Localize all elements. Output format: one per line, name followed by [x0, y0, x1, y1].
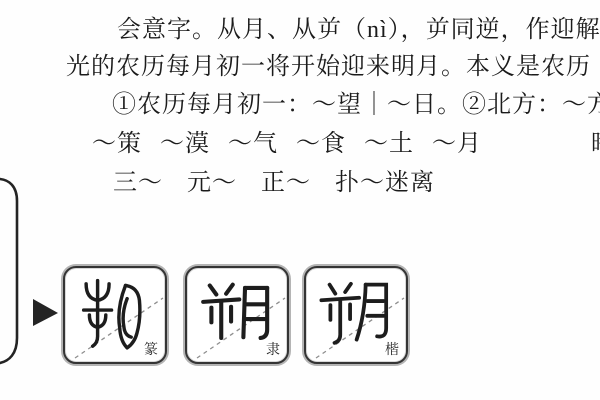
script-label-clerical: 隶 [266, 339, 280, 359]
script-box-clerical: 隶 [185, 266, 289, 364]
collocations-prefix-row: ～策 ～漠 ～气 ～食 ～土 ～月 [92, 128, 482, 160]
collocation-word: ～策 [92, 128, 142, 160]
collocation-word: 元～ [187, 167, 237, 199]
seal-script-glyph-shuo [73, 272, 155, 358]
script-label-regular: 楷 [385, 339, 399, 359]
clerical-script-glyph-shuo [195, 272, 277, 358]
script-box-regular: 楷 [304, 266, 408, 364]
collocation-word: ～气 [228, 128, 278, 160]
regular-script-glyph-shuo [314, 272, 396, 358]
collocation-word: ～食 [296, 128, 346, 160]
collocation-word: ～土 [364, 128, 414, 160]
dictionary-page-scan: 会意字。从月、从屰（nì），屰同逆，作迎解， 光的农历每月初一将开始迎来明月。本… [0, 0, 600, 400]
definition-line-2: 光的农历每月初一将开始迎来明月。本义是农历 [66, 51, 591, 83]
collocation-word: 正～ [261, 167, 311, 199]
script-label-seal: 篆 [144, 339, 158, 359]
headword-frame-fragment [0, 176, 24, 366]
script-box-seal: 篆 [63, 266, 167, 364]
collocation-word: 三～ [113, 167, 163, 199]
collocation-word: ～月 [432, 128, 482, 160]
collocation-word-clipped: 晦 [591, 128, 600, 160]
collocation-word: ～漠 [160, 128, 210, 160]
definition-line-3: ①农历每月初一：～望｜～日。②北方：～方 [112, 89, 600, 121]
definition-line-1: 会意字。从月、从屰（nì），屰同逆，作迎解， [117, 14, 600, 46]
evolution-arrow-icon [33, 299, 58, 326]
collocations-suffix-row: 三～ 元～ 正～ 扑～迷离 [113, 167, 435, 199]
collocation-word: 扑～迷离 [335, 167, 435, 199]
